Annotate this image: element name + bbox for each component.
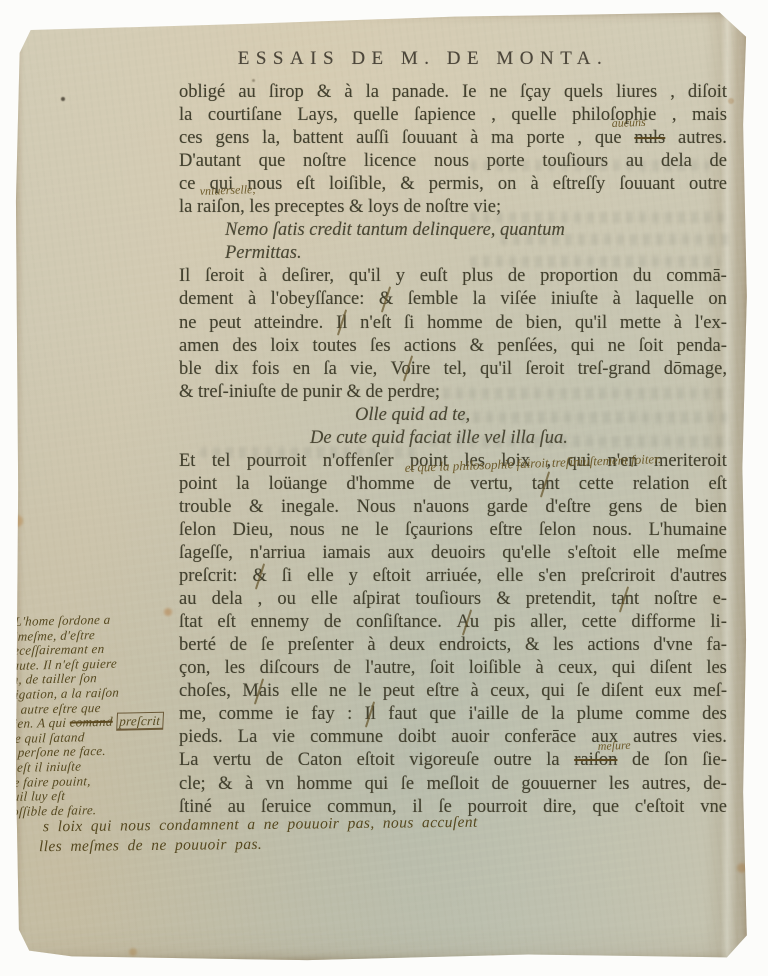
pen-mark-word: & bbox=[379, 289, 393, 312]
text-line: bledixfoisenſavie,Voiretel,qu'ilſeroittr… bbox=[179, 359, 727, 382]
text-line: Ilſeroitàdeſirer,qu'ilyeuſtplusdeproport… bbox=[179, 266, 727, 289]
text-line: ſelonDieu,nousneleſçaurionseſtreſelonnou… bbox=[179, 520, 727, 543]
text-line: & treſ-iniuſte de punir & de perdre; bbox=[179, 382, 727, 405]
pen-mark-word: Il bbox=[365, 704, 376, 727]
text-line: ſtateſtennemydeconſiſtance.Aupisaller,ce… bbox=[179, 612, 727, 635]
margin-annotation: L'home ſordone aimeſme, d'eſtreeceſſaire… bbox=[15, 610, 187, 614]
text-line: choſes,Maisellenelepeuteſtreàceux,quiſed… bbox=[179, 681, 727, 704]
strikethrough-word: raiſon bbox=[574, 750, 617, 773]
text-line: trouble&inegale.Nousn'auonsgarded'eſtreg… bbox=[179, 497, 727, 520]
text-line: dementàl'obeyſſance:&ſemblelaviſéeiniuſt… bbox=[179, 289, 727, 312]
text-line: ſageſſe,n'arriuaiamaisauxdeuoirsqu'elles… bbox=[179, 543, 727, 566]
latin-quote-line: Olle quid ad te, bbox=[179, 405, 768, 428]
interline-annotation: meſure bbox=[597, 738, 630, 754]
text-line: preſcrit:&ſielleyeſtoitarriuée,elles'enp… bbox=[179, 566, 727, 589]
pen-mark-word: & bbox=[252, 566, 266, 589]
text-line: me,commeiefay:Ilfautquei'ailledelaplumec… bbox=[179, 704, 727, 727]
text-line: obligéauſirop&àlapanade.Ieneſçayquelsliu… bbox=[179, 82, 727, 105]
text-line: la raiſon, les preceptes & loys de noſtr… bbox=[179, 197, 727, 220]
interline-annotation: aucuns bbox=[611, 115, 646, 131]
text-line: pieds.Laviecommunedoibtauoirconferāceaux… bbox=[179, 727, 727, 750]
foxing-spot bbox=[61, 97, 65, 101]
pen-mark-word: Voire bbox=[391, 359, 431, 382]
text-line: audela,ouelleaſpirattouſiours&pretendit,… bbox=[179, 589, 727, 612]
foxing-spot bbox=[737, 863, 747, 873]
foxing-spot bbox=[490, 955, 496, 961]
latin-quote-line: De cute quid faciat ille vel illa ſua. bbox=[179, 428, 768, 451]
foxing-spot bbox=[728, 98, 734, 104]
boxed-word: preſcrit bbox=[116, 712, 164, 731]
strikethrough-word: nuls bbox=[634, 128, 665, 151]
pen-mark-word: tant bbox=[611, 589, 639, 612]
strikethrough-word: comand bbox=[69, 714, 113, 730]
text-line: D'autantquenoſtrelicencenousportetouſiou… bbox=[179, 151, 727, 174]
foxing-spot bbox=[164, 608, 172, 616]
pen-mark-word: Au bbox=[457, 612, 480, 635]
running-head: ESSAIS DE M. DE MONTA. bbox=[163, 48, 683, 70]
text-line: nepeutatteindre.Iln'eſtſihommedebien,qu'… bbox=[179, 313, 727, 336]
bottom-annotation-line: lles meſmes de ne pouuoir pas. bbox=[39, 836, 262, 856]
scan-canvas: { "document": { "kind": "printed book pa… bbox=[0, 0, 768, 976]
latin-quote-line: Nemo ſatis credit tantum delinquere, qua… bbox=[179, 220, 768, 243]
text-line: cequinouseſtloiſible,&permis,onàeſtreſſy… bbox=[179, 174, 727, 197]
text-line: pointlaloüanged'hommedevertu,tantcettere… bbox=[179, 474, 727, 497]
book-page: ESSAIS DE M. DE MONTA. obligéauſirop&àla… bbox=[13, 10, 749, 964]
foxing-spot bbox=[11, 515, 23, 527]
bottom-annotation-line: s loix qui nous condamnent a ne pouuoir … bbox=[43, 814, 478, 837]
pen-mark-word: Mais bbox=[242, 681, 279, 704]
interline-annotation: vniuerselle, bbox=[199, 182, 255, 199]
text-line: LavertudeCatoneſtoitvigoreuſeoutrelaraiſ… bbox=[179, 750, 727, 773]
text-line: cle;&àvnhommequiſemeſloitdegouuernerlesa… bbox=[179, 774, 727, 797]
text-line: amendesloixtoutesſesactions&penſées,quin… bbox=[179, 336, 727, 359]
latin-quote-line: Permittas. bbox=[179, 243, 768, 266]
foxing-spot bbox=[129, 948, 137, 956]
text-line: bertédeſepreſenteràdeuxendroicts,&lesact… bbox=[179, 635, 727, 658]
pen-mark-word: Il bbox=[336, 313, 347, 336]
text-line: cesgensla,battentauſſiſouuantàmaporte,qu… bbox=[179, 128, 727, 151]
pen-mark-word: tant bbox=[532, 474, 560, 497]
